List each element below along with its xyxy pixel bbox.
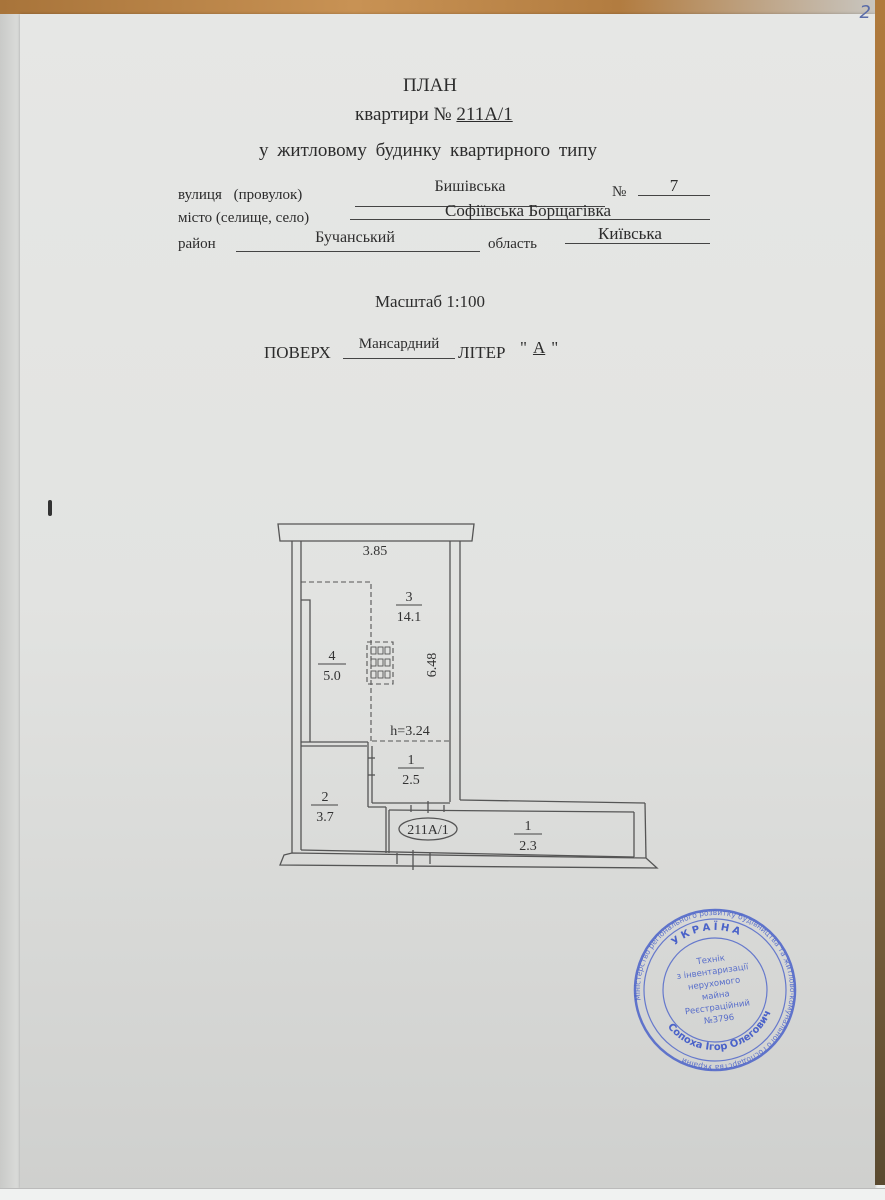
stamp-line-6: №3796 xyxy=(703,1013,735,1027)
room-1b-area: 2.3 xyxy=(519,839,537,854)
room-1b-num: 1 xyxy=(525,819,532,834)
room-1a-area: 2.5 xyxy=(402,773,420,788)
bottom-bar xyxy=(0,1188,885,1200)
official-stamp: Міністерство регіонального розвитку буді… xyxy=(622,897,807,1082)
room-3-area: 14.1 xyxy=(397,610,422,625)
plan-top-wall xyxy=(278,524,474,541)
room-2-area: 3.7 xyxy=(316,810,334,825)
room-2-num: 2 xyxy=(322,790,329,805)
plan-width-dim: 3.85 xyxy=(363,544,388,559)
room-4-num: 4 xyxy=(329,649,336,664)
plan-height: h=3.24 xyxy=(390,724,429,739)
plan-length-dim: 6.48 xyxy=(425,653,440,678)
room-3-num: 3 xyxy=(406,590,413,605)
floor-plan: 3.85 6.48 h=3.24 3 14.1 4 5.0 1 2.5 2 3.… xyxy=(0,0,885,1200)
room-4-area: 5.0 xyxy=(323,669,341,684)
apartment-tag: 211А/1 xyxy=(407,823,448,838)
room-1a-num: 1 xyxy=(408,753,415,768)
